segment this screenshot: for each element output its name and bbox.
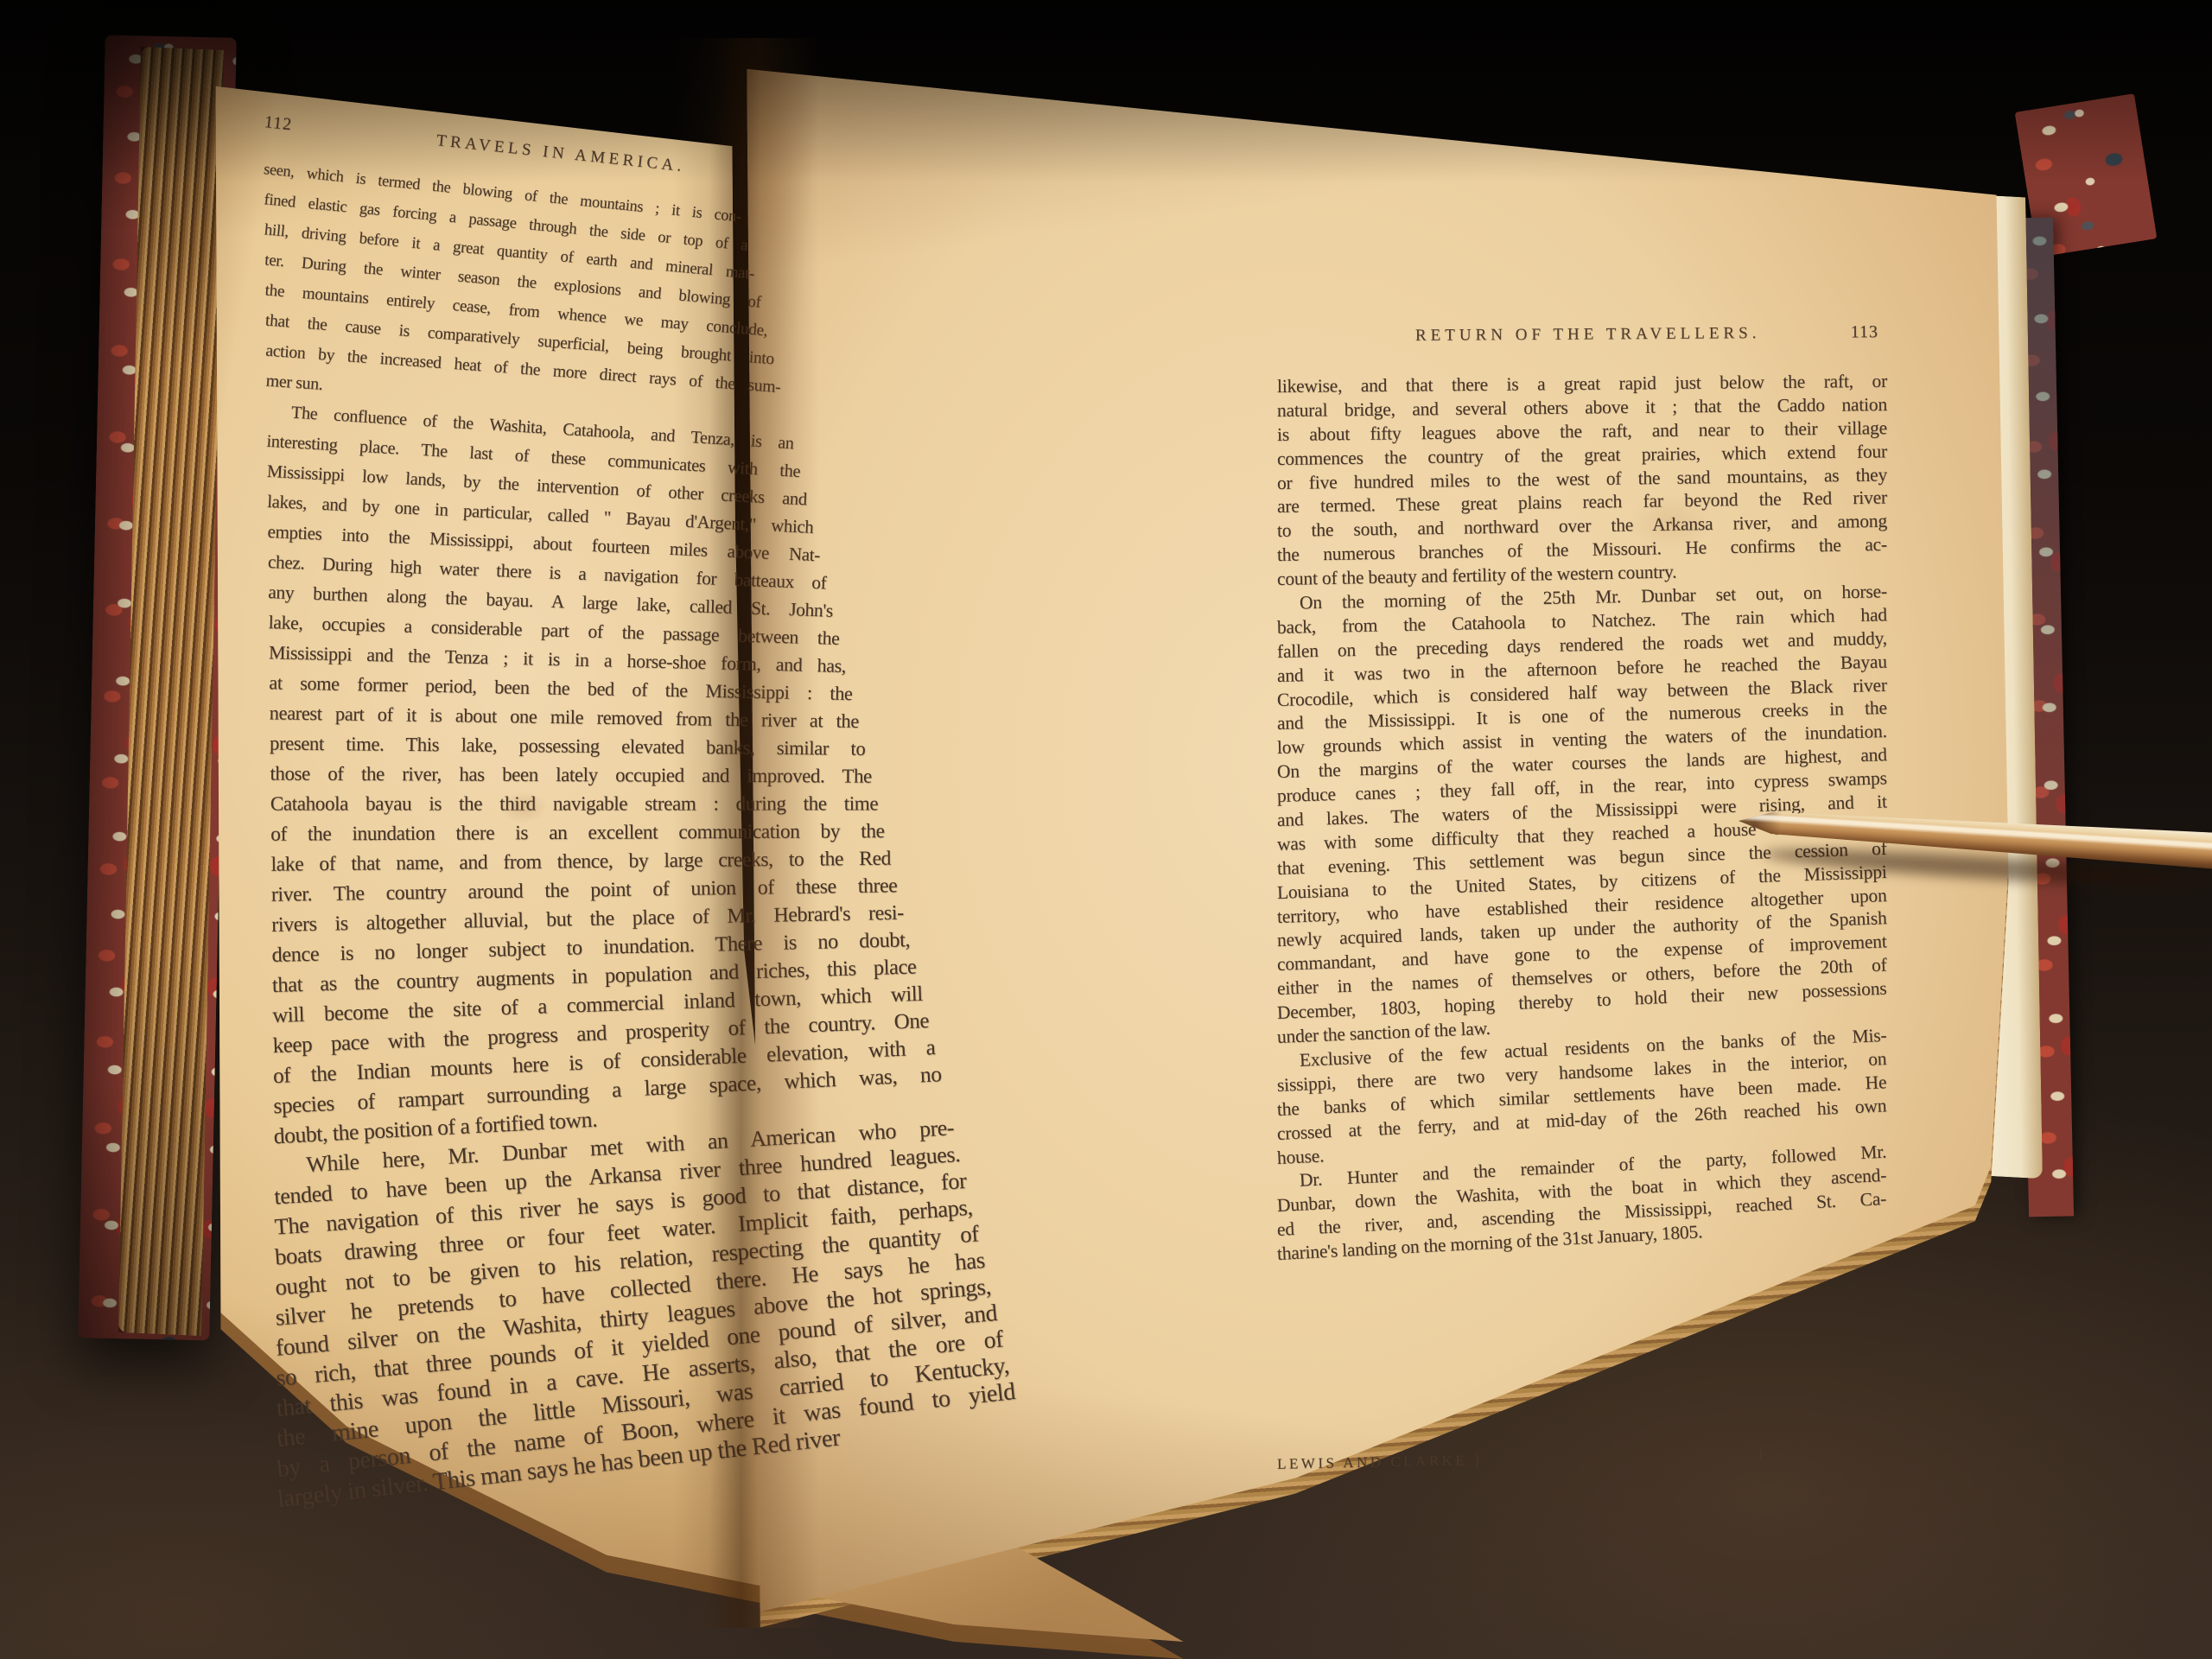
page-number-right: 113 xyxy=(1851,322,1878,342)
right-page-footer: LEWIS AND CLARKE.] F xyxy=(1277,1444,1887,1473)
right-page-text: RETURN OF THE TRAVELLERS. 113 likewise, … xyxy=(1277,327,1887,1467)
paragraph: The confluence of the Washita, Catahoola… xyxy=(264,396,737,1152)
signature-mark: F xyxy=(1758,1446,1769,1464)
right-running-header-row: RETURN OF THE TRAVELLERS. 113 xyxy=(1277,322,1887,353)
paragraph: seen, which is termed the blowing of the… xyxy=(264,154,737,396)
paragraph: likewise, and that there is a great rapi… xyxy=(1277,375,1887,592)
left-page-text: 112 TRAVELS IN AMERICA. seen, which is t… xyxy=(264,112,737,1515)
book-photograph: 112 TRAVELS IN AMERICA. seen, which is t… xyxy=(0,0,2212,1659)
paragraph: Dr. Hunter and the remainder of the part… xyxy=(1277,1170,1887,1267)
page-number-left: 112 xyxy=(264,112,293,135)
running-header-right: RETURN OF THE TRAVELLERS. xyxy=(1415,324,1761,346)
catchword: LEWIS AND CLARKE.] xyxy=(1277,1452,1483,1473)
paragraph: While here, Mr. Dunbar met with an Ameri… xyxy=(264,1152,737,1515)
